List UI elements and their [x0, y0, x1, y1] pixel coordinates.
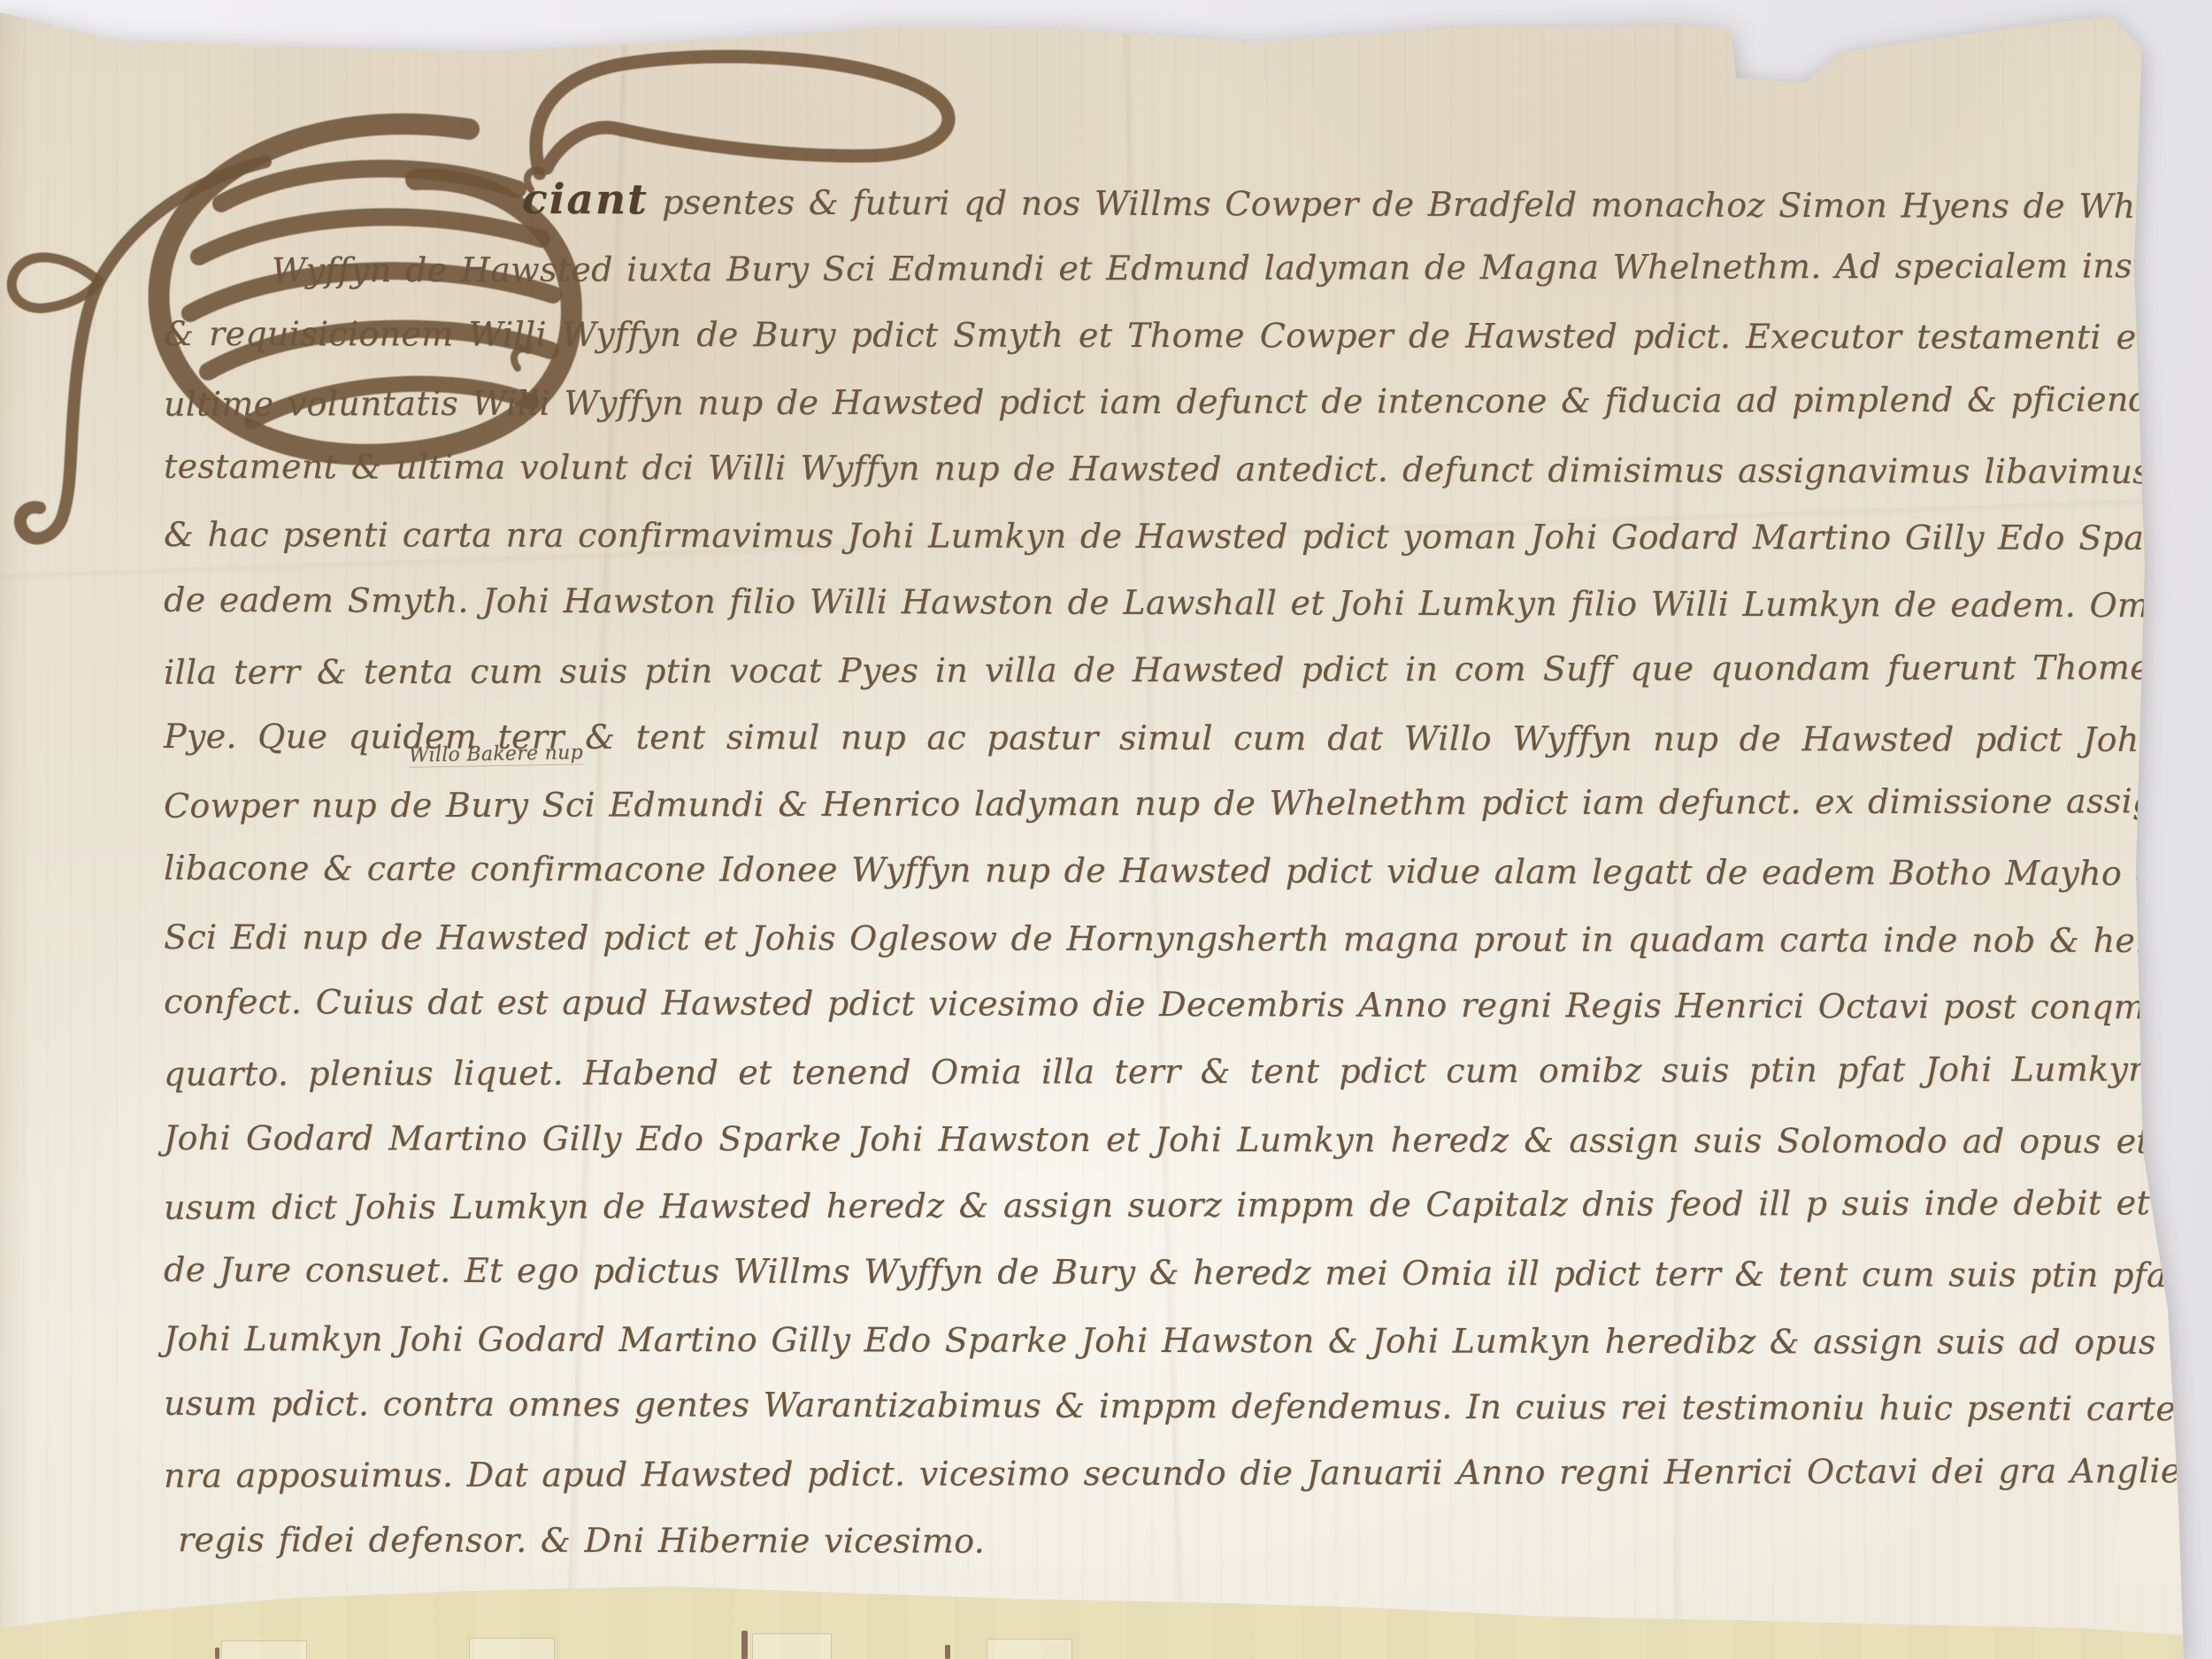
- photo-backdrop: ciant psentes & futuri qd nos Willms Cow…: [0, 0, 2212, 1659]
- manuscript-line: Johi Lumkyn Johi Godard Martino Gilly Ed…: [164, 1306, 2150, 1377]
- manuscript-line: Wyffyn de Hawsted iuxta Bury Sci Edmundi…: [164, 233, 2150, 304]
- manuscript-line: Cowper nup de Bury Sci Edmundi & Henrico…: [164, 768, 2150, 840]
- manuscript-line: usum dict Johis Lumkyn de Hawsted heredz…: [164, 1171, 2150, 1242]
- manuscript-line: quarto. plenius liquet. Habend et tenend…: [164, 1036, 2150, 1108]
- ink-tick: [945, 1645, 950, 1659]
- manuscript-line: regis fidei defensor. & Dni Hibernie vic…: [164, 1507, 2150, 1578]
- manuscript-line: testament & ultima volunt dci Willi Wyff…: [164, 434, 2150, 506]
- seal-slit: [987, 1639, 1072, 1659]
- ink-tick: [215, 1647, 219, 1659]
- manuscript-line: usum pdict. contra omnes gentes Warantiz…: [164, 1371, 2150, 1443]
- deed-text-block: ciant psentes & futuri qd nos Willms Cow…: [164, 168, 2150, 1574]
- manuscript-line: Johi Godard Martino Gilly Edo Sparke Joh…: [164, 1105, 2150, 1176]
- seal-slit: [221, 1640, 307, 1659]
- manuscript-line: libacone & carte confirmacone Idonee Wyf…: [164, 835, 2150, 908]
- manuscript-line: confect. Cuius dat est apud Hawsted pdic…: [164, 969, 2150, 1041]
- parchment-deed: ciant psentes & futuri qd nos Willms Cow…: [0, 0, 2212, 1659]
- manuscript-line: ciant psentes & futuri qd nos Willms Cow…: [164, 165, 2150, 238]
- manuscript-line: & hac psenti carta nra confirmavimus Joh…: [164, 502, 2150, 572]
- seal-slit: [469, 1638, 555, 1659]
- manuscript-line: Sci Edi nup de Hawsted pdict et Johis Og…: [164, 904, 2150, 975]
- initial-word: ciant: [522, 175, 649, 224]
- ink-tick: [741, 1631, 748, 1659]
- manuscript-line: de Jure consuet. Et ego pdictus Willms W…: [164, 1237, 2150, 1310]
- line-text: psentes & futuri qd nos Willms Cowper de…: [662, 182, 2212, 226]
- manuscript-line: illa terr & tenta cum suis ptin vocat Py…: [164, 634, 2150, 706]
- manuscript-line: ultime voluntatis Willi Wyffyn nup de Ha…: [164, 366, 2150, 438]
- manuscript-line: nra apposuimus. Dat apud Hawsted pdict. …: [164, 1438, 2150, 1509]
- manuscript-line: de eadem Smyth. Johi Hawston filio Willi…: [164, 567, 2150, 640]
- manuscript-line: & requisicionem Willi Wyffyn de Bury pdi…: [164, 301, 2150, 372]
- seal-slit: [752, 1633, 832, 1659]
- interlineation-note: Willo Bakere nup: [409, 741, 583, 767]
